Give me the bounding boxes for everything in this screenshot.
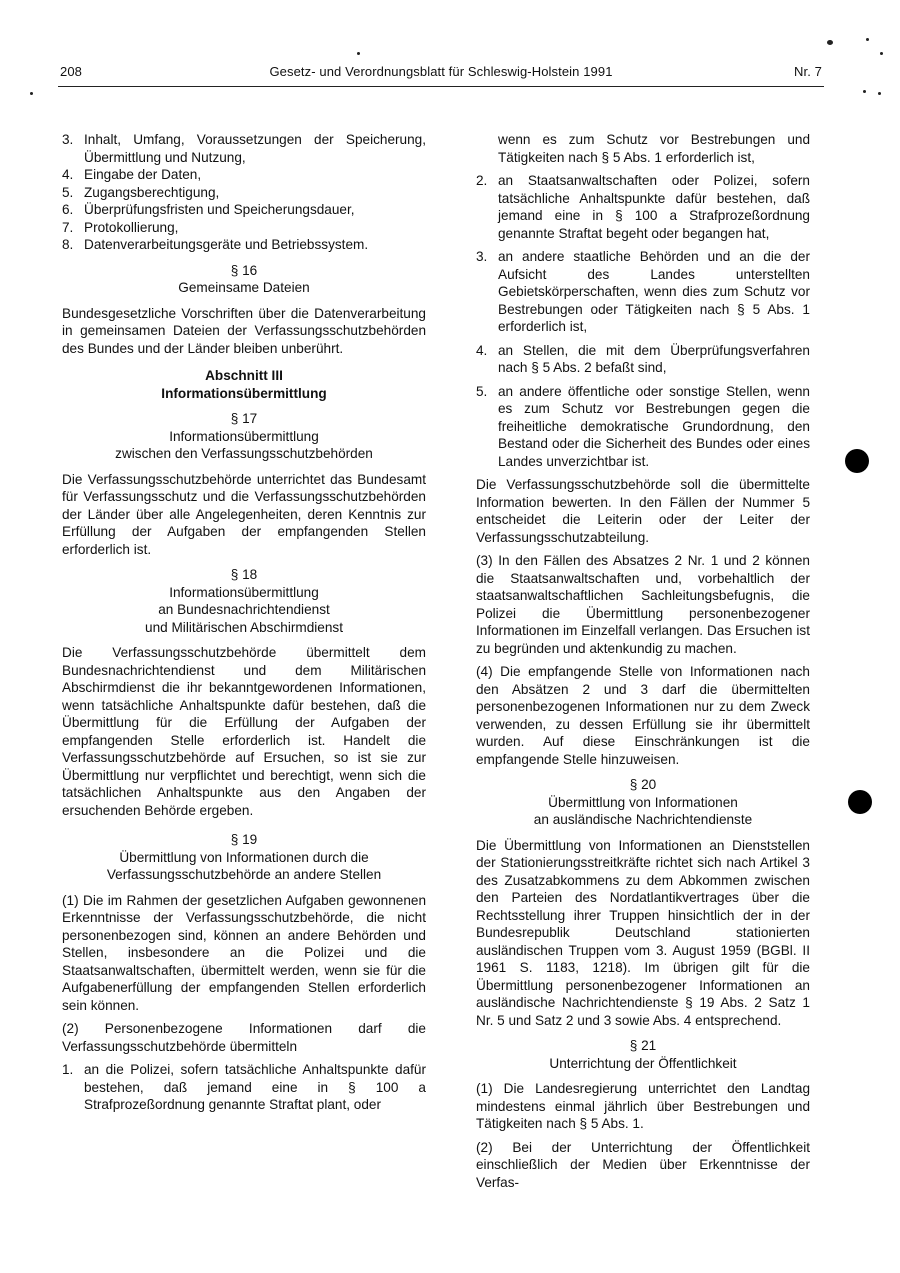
item-number: 3. — [62, 131, 73, 149]
section-number: § 20 — [476, 776, 810, 794]
section-title: Übermittlung von Informationen durch die — [62, 849, 426, 867]
abschnitt-heading: Abschnitt III Informationsübermittlung — [62, 367, 426, 402]
item-text: Überprüfungsfristen und Speicherungsdaue… — [84, 202, 355, 217]
section-19-list: 1.an die Polizei, sofern tatsächliche An… — [62, 1061, 426, 1114]
section-title: Verfassungsschutzbehörde an andere Stell… — [62, 866, 426, 884]
issue-number: Nr. 7 — [794, 64, 822, 79]
list-item: 7.Protokollierung, — [62, 219, 426, 237]
item-number: 6. — [62, 201, 73, 219]
item-text: Inhalt, Umfang, Voraussetzungen der Spei… — [84, 132, 426, 165]
item-text: Datenverarbeitungsgeräte und Betriebssys… — [84, 237, 368, 252]
transfer-list: 2.an Staatsanwaltschaften oder Polizei, … — [476, 172, 810, 470]
section-number: § 18 — [62, 566, 426, 584]
section-title: Übermittlung von Informationen — [476, 794, 810, 812]
section-number: § 17 — [62, 410, 426, 428]
header-rule — [58, 86, 824, 87]
list-item: 4.an Stellen, die mit dem Überprüfungsve… — [476, 342, 810, 377]
right-column: wenn es zum Schutz vor Bestrebungen und … — [476, 131, 810, 1197]
scan-speck-icon — [880, 52, 883, 55]
list-item: 8.Datenverarbeitungsgeräte und Betriebss… — [62, 236, 426, 254]
page-header: 208 Gesetz- und Verordnungsblatt für Sch… — [58, 62, 824, 84]
paragraph-3: (3) In den Fällen des Absatzes 2 Nr. 1 u… — [476, 552, 810, 657]
abschnitt-label: Abschnitt III — [62, 367, 426, 385]
item-number: 7. — [62, 219, 73, 237]
section-21-paragraph-2: (2) Bei der Unterrichtung der Öffentlich… — [476, 1139, 810, 1192]
list-item: 1.an die Polizei, sofern tatsächliche An… — [62, 1061, 426, 1114]
item-text: an Stellen, die mit dem Überprüfungsverf… — [498, 343, 810, 376]
section-21-paragraph-1: (1) Die Landesregierung unterrichtet den… — [476, 1080, 810, 1133]
section-17-heading: § 17 Informationsübermittlung zwischen d… — [62, 410, 426, 463]
section-16-heading: § 16 Gemeinsame Dateien — [62, 262, 426, 297]
list-item: 3.Inhalt, Umfang, Voraussetzungen der Sp… — [62, 131, 426, 166]
item-number: 2. — [476, 172, 487, 190]
section-title: Informationsübermittlung — [62, 428, 426, 446]
evaluation-paragraph: Die Verfassungsschutzbehörde soll die üb… — [476, 476, 810, 546]
section-19-paragraph-2: (2) Personenbezogene Informationen darf … — [62, 1020, 426, 1055]
punch-hole-icon — [848, 790, 872, 814]
item-1-continuation: wenn es zum Schutz vor Bestrebungen und … — [476, 131, 810, 166]
list-item: 5.Zugangsberechtigung, — [62, 184, 426, 202]
section-title: Unterrichtung der Öffentlichkeit — [476, 1055, 810, 1073]
section-21-heading: § 21 Unterrichtung der Öffentlichkeit — [476, 1037, 810, 1072]
list-item: 2.an Staatsanwaltschaften oder Polizei, … — [476, 172, 810, 242]
section-18-body: Die Verfassungsschutzbehörde übermittelt… — [62, 644, 426, 819]
item-text: an Staatsanwaltschaften oder Polizei, so… — [498, 173, 810, 241]
item-text: Protokollierung, — [84, 220, 178, 235]
item-number: 1. — [62, 1061, 73, 1079]
section-19-heading: § 19 Übermittlung von Informationen durc… — [62, 831, 426, 884]
abschnitt-title: Informationsübermittlung — [62, 385, 426, 403]
section-number: § 16 — [62, 262, 426, 280]
scan-speck-icon — [827, 40, 833, 45]
scan-speck-icon — [357, 52, 360, 55]
item-text: Eingabe der Daten, — [84, 167, 201, 182]
section-17-body: Die Verfassungsschutzbehörde unterrichte… — [62, 471, 426, 559]
list-item: 6.Überprüfungsfristen und Speicherungsda… — [62, 201, 426, 219]
section-title: Gemeinsame Dateien — [62, 279, 426, 297]
list-item: 3.an andere staatliche Behörden und an d… — [476, 248, 810, 336]
item-number: 3. — [476, 248, 487, 266]
section-19-paragraph-1: (1) Die im Rahmen der gesetzlichen Aufga… — [62, 892, 426, 1015]
item-number: 5. — [476, 383, 487, 401]
item-number: 4. — [476, 342, 487, 360]
section-number: § 21 — [476, 1037, 810, 1055]
list-item: 4.Eingabe der Daten, — [62, 166, 426, 184]
section-title: und Militärischen Abschirmdienst — [62, 619, 426, 637]
scan-speck-icon — [878, 92, 881, 95]
scan-speck-icon — [30, 92, 33, 95]
left-column: 3.Inhalt, Umfang, Voraussetzungen der Sp… — [62, 131, 426, 1120]
section-20-body: Die Übermittlung von Informationen an Di… — [476, 837, 810, 1030]
scan-speck-icon — [863, 90, 866, 93]
scan-speck-icon — [866, 38, 869, 41]
item-text: an andere öffentliche oder sonstige Stel… — [498, 384, 810, 469]
item-text: an die Polizei, sofern tatsächliche Anha… — [84, 1062, 426, 1112]
item-number: 5. — [62, 184, 73, 202]
intro-list: 3.Inhalt, Umfang, Voraussetzungen der Sp… — [62, 131, 426, 254]
section-18-heading: § 18 Informationsübermittlung an Bundesn… — [62, 566, 426, 636]
section-title: an Bundesnachrichtendienst — [62, 601, 426, 619]
section-16-body: Bundesgesetzliche Vorschriften über die … — [62, 305, 426, 358]
section-title: zwischen den Verfassungsschutzbehörden — [62, 445, 426, 463]
item-number: 8. — [62, 236, 73, 254]
list-item: 5.an andere öffentliche oder sonstige St… — [476, 383, 810, 471]
section-title: Informationsübermittlung — [62, 584, 426, 602]
item-number: 4. — [62, 166, 73, 184]
publication-title: Gesetz- und Verordnungsblatt für Schlesw… — [58, 64, 824, 79]
section-title: an ausländische Nachrichtendienste — [476, 811, 810, 829]
section-number: § 19 — [62, 831, 426, 849]
paragraph-4: (4) Die empfangende Stelle von Informati… — [476, 663, 810, 768]
item-text: Zugangsberechtigung, — [84, 185, 219, 200]
punch-hole-icon — [845, 449, 869, 473]
section-20-heading: § 20 Übermittlung von Informationen an a… — [476, 776, 810, 829]
item-text: an andere staatliche Behörden und an die… — [498, 249, 810, 334]
